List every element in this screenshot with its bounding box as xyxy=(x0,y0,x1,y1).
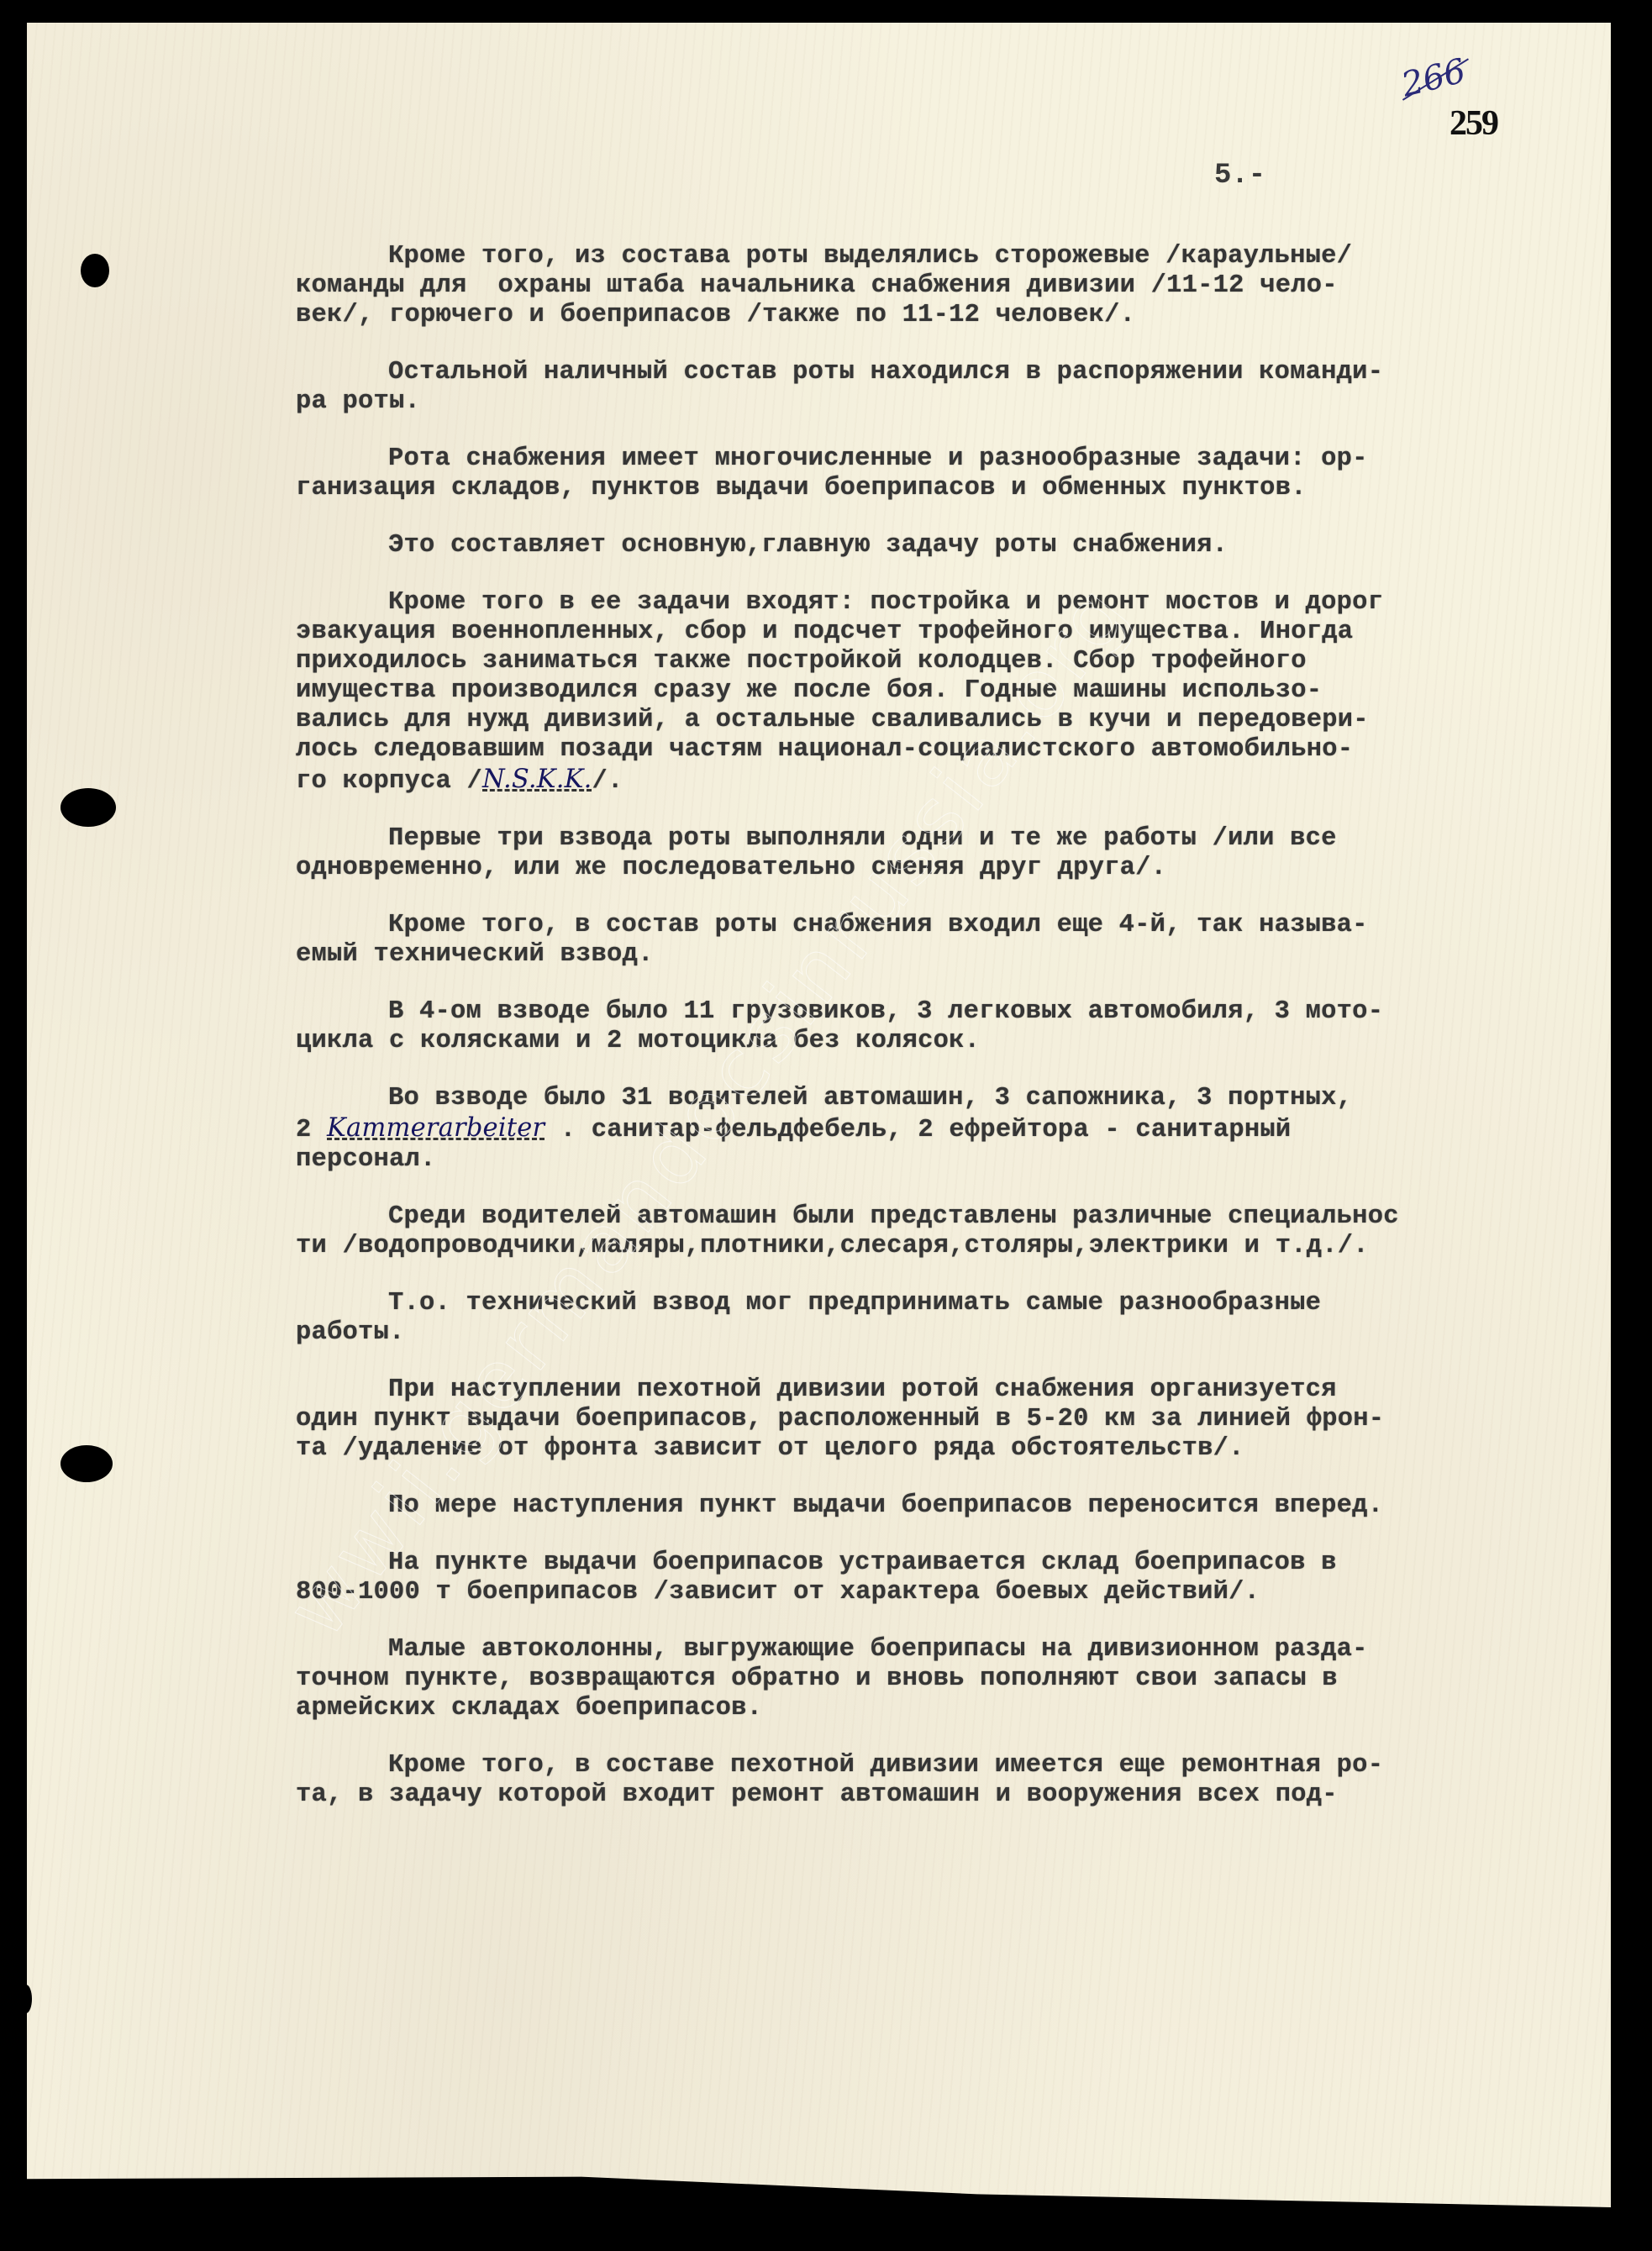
text-line: При наступлении пехотной дивизии ротой с… xyxy=(296,1375,1640,1405)
typed-text: емый технический взвод. xyxy=(296,940,654,969)
typed-text: персонал. xyxy=(296,1145,436,1174)
typed-text: Кроме того в ее задачи входят: постройка… xyxy=(388,588,1383,617)
typed-text: одновременно, или же последовательно сме… xyxy=(296,854,1166,882)
text-line: та /удаление от фронта зависит от целого… xyxy=(296,1434,1640,1464)
typed-text: Это составляет основную,главную задачу р… xyxy=(388,531,1228,560)
text-line: Во взводе было 31 водителей автомашин, 3… xyxy=(296,1084,1640,1113)
typed-text: команды для охраны штаба начальника снаб… xyxy=(296,271,1338,300)
typewritten-body: Кроме того, из состава роты выделялись с… xyxy=(296,242,1640,1838)
typed-text: /. xyxy=(592,767,623,796)
text-line: Т.о. технический взвод мог предпринимать… xyxy=(296,1289,1640,1318)
typed-text: ра роты. xyxy=(296,387,420,416)
text-line: команды для охраны штаба начальника снаб… xyxy=(296,271,1640,301)
paragraph: Это составляет основную,главную задачу р… xyxy=(296,531,1640,560)
typed-text: . санитар-фельдфебель, 2 ефрейтора - сан… xyxy=(545,1116,1291,1144)
text-line: эвакуация военнопленных, сбор и подсчет … xyxy=(296,618,1640,647)
typed-text: Кроме того, в составе пехотной дивизии и… xyxy=(388,1751,1383,1780)
text-line: приходилось заниматься также постройкой … xyxy=(296,647,1640,676)
text-line: Кроме того в ее задачи входят: постройка… xyxy=(296,588,1640,618)
paragraph: Кроме того, из состава роты выделялись с… xyxy=(296,242,1640,330)
text-line: 800-1000 т боеприпасов /зависит от харак… xyxy=(296,1578,1640,1607)
typed-text: лось следовавшим позади частям национал-… xyxy=(296,735,1353,764)
punch-hole-lower xyxy=(61,1445,113,1482)
text-line: персонал. xyxy=(296,1145,1640,1175)
paragraph: На пункте выдачи боеприпасов устраиваетс… xyxy=(296,1549,1640,1607)
text-line: точном пункте, возвращаются обратно и вн… xyxy=(296,1665,1640,1694)
paragraph: Кроме того в ее задачи входят: постройка… xyxy=(296,588,1640,797)
typed-text: та /удаление от фронта зависит от целого… xyxy=(296,1434,1244,1463)
typed-text: В 4-ом взводе было 11 грузовиков, 3 легк… xyxy=(388,997,1383,1026)
text-line: век/, горючего и боеприпасов /также по 1… xyxy=(296,301,1640,330)
typed-text: век/, горючего и боеприпасов /также по 1… xyxy=(296,301,1135,329)
text-line: Кроме того, в состав роты снабжения вход… xyxy=(296,911,1640,940)
typed-text: Первые три взвода роты выполняли одни и … xyxy=(388,824,1337,853)
text-line: вались для нужд дивизий, а остальные сва… xyxy=(296,706,1640,735)
typed-text: Остальной наличный состав роты находился… xyxy=(388,358,1383,387)
typed-text: Во взводе было 31 водителей автомашин, 3… xyxy=(388,1084,1352,1112)
text-line: цикла с колясками и 2 мотоцикла без коля… xyxy=(296,1027,1640,1056)
typed-text: ти /водопроводчики,маляры,плотники,слеса… xyxy=(296,1232,1369,1260)
text-line: Первые три взвода роты выполняли одни и … xyxy=(296,824,1640,854)
text-line: имущества производился сразу же после бо… xyxy=(296,676,1640,706)
punch-hole-bottom xyxy=(20,1985,32,2013)
typed-text: эвакуация военнопленных, сбор и подсчет … xyxy=(296,618,1353,646)
typed-text: работы. xyxy=(296,1318,405,1347)
typed-text: Рота снабжения имеет многочисленные и ра… xyxy=(388,444,1368,473)
typed-text: По мере наступления пункт выдачи боеприп… xyxy=(388,1491,1383,1520)
paragraph: Остальной наличный состав роты находился… xyxy=(296,358,1640,417)
paragraph: В 4-ом взводе было 11 грузовиков, 3 легк… xyxy=(296,997,1640,1056)
typed-text: точном пункте, возвращаются обратно и вн… xyxy=(296,1665,1338,1693)
paragraph: По мере наступления пункт выдачи боеприп… xyxy=(296,1491,1640,1521)
text-line: емый технический взвод. xyxy=(296,940,1640,970)
punch-hole-middle xyxy=(61,788,116,827)
typed-text: Т.о. технический взвод мог предпринимать… xyxy=(388,1289,1321,1317)
text-line: Кроме того, из состава роты выделялись с… xyxy=(296,242,1640,271)
folio-number-stamp: 259 xyxy=(1449,103,1497,144)
text-line: Это составляет основную,главную задачу р… xyxy=(296,531,1640,560)
typed-text: вались для нужд дивизий, а остальные сва… xyxy=(296,706,1369,734)
typed-text: На пункте выдачи боеприпасов устраиваетс… xyxy=(388,1549,1337,1577)
paragraph: Т.о. технический взвод мог предпринимать… xyxy=(296,1289,1640,1348)
text-line: го корпуса /N.S.K.K./. xyxy=(296,765,1640,797)
text-line: Остальной наличный состав роты находился… xyxy=(296,358,1640,387)
typed-text: имущества производился сразу же после бо… xyxy=(296,676,1322,705)
text-line: В 4-ом взводе было 11 грузовиков, 3 легк… xyxy=(296,997,1640,1027)
paragraph: Кроме того, в состав роты снабжения вход… xyxy=(296,911,1640,970)
text-line: одновременно, или же последовательно сме… xyxy=(296,854,1640,883)
page-number: 5.- xyxy=(1214,160,1265,192)
text-line: По мере наступления пункт выдачи боеприп… xyxy=(296,1491,1640,1521)
typed-text: Среди водителей автомашин были представл… xyxy=(388,1202,1399,1231)
text-line: На пункте выдачи боеприпасов устраиваетс… xyxy=(296,1549,1640,1578)
paragraph: Среди водителей автомашин были представл… xyxy=(296,1202,1640,1261)
text-line: ра роты. xyxy=(296,387,1640,417)
paragraph: Во взводе было 31 водителей автомашин, 3… xyxy=(296,1084,1640,1175)
typed-text: ганизация складов, пунктов выдачи боепри… xyxy=(296,474,1307,502)
punch-hole-top xyxy=(81,254,109,287)
typed-text: цикла с колясками и 2 мотоцикла без коля… xyxy=(296,1027,980,1055)
text-line: Среди водителей автомашин были представл… xyxy=(296,1202,1640,1232)
handwritten-insertion: N.S.K.K. xyxy=(482,765,592,794)
typed-text: армейских складах боеприпасов. xyxy=(296,1694,762,1722)
typed-text: 800-1000 т боеприпасов /зависит от харак… xyxy=(296,1578,1260,1607)
handwritten-insertion: Kammerarbeiter xyxy=(327,1113,545,1143)
typed-text: 2 xyxy=(296,1116,327,1144)
text-line: Малые автоколонны, выгружающие боеприпас… xyxy=(296,1635,1640,1665)
text-line: ганизация складов, пунктов выдачи боепри… xyxy=(296,474,1640,503)
typed-text: приходилось заниматься также постройкой … xyxy=(296,647,1307,676)
text-line: армейских складах боеприпасов. xyxy=(296,1694,1640,1723)
typed-text: При наступлении пехотной дивизии ротой с… xyxy=(388,1375,1337,1404)
text-line: один пункт выдачи боеприпасов, расположе… xyxy=(296,1405,1640,1434)
typed-text: один пункт выдачи боеприпасов, расположе… xyxy=(296,1405,1384,1433)
typed-text: Малые автоколонны, выгружающие боеприпас… xyxy=(388,1635,1368,1664)
text-line: Кроме того, в составе пехотной дивизии и… xyxy=(296,1751,1640,1780)
typed-text: та, в задачу которой входит ремонт автом… xyxy=(296,1780,1338,1809)
text-line: та, в задачу которой входит ремонт автом… xyxy=(296,1780,1640,1810)
text-line: 2 Kammerarbeiter . санитар-фельдфебель, … xyxy=(296,1113,1640,1145)
text-line: ти /водопроводчики,маляры,плотники,слеса… xyxy=(296,1232,1640,1261)
paragraph: Малые автоколонны, выгружающие боеприпас… xyxy=(296,1635,1640,1723)
paragraph: Кроме того, в составе пехотной дивизии и… xyxy=(296,1751,1640,1810)
typed-text: Кроме того, в состав роты снабжения вход… xyxy=(388,911,1368,939)
paragraph: Рота снабжения имеет многочисленные и ра… xyxy=(296,444,1640,503)
text-line: работы. xyxy=(296,1318,1640,1348)
paragraph: При наступлении пехотной дивизии ротой с… xyxy=(296,1375,1640,1464)
paragraph: Первые три взвода роты выполняли одни и … xyxy=(296,824,1640,883)
text-line: лось следовавшим позади частям национал-… xyxy=(296,735,1640,765)
typed-text: го корпуса / xyxy=(296,767,482,796)
typed-text: Кроме того, из состава роты выделялись с… xyxy=(388,242,1352,271)
text-line: Рота снабжения имеет многочисленные и ра… xyxy=(296,444,1640,474)
